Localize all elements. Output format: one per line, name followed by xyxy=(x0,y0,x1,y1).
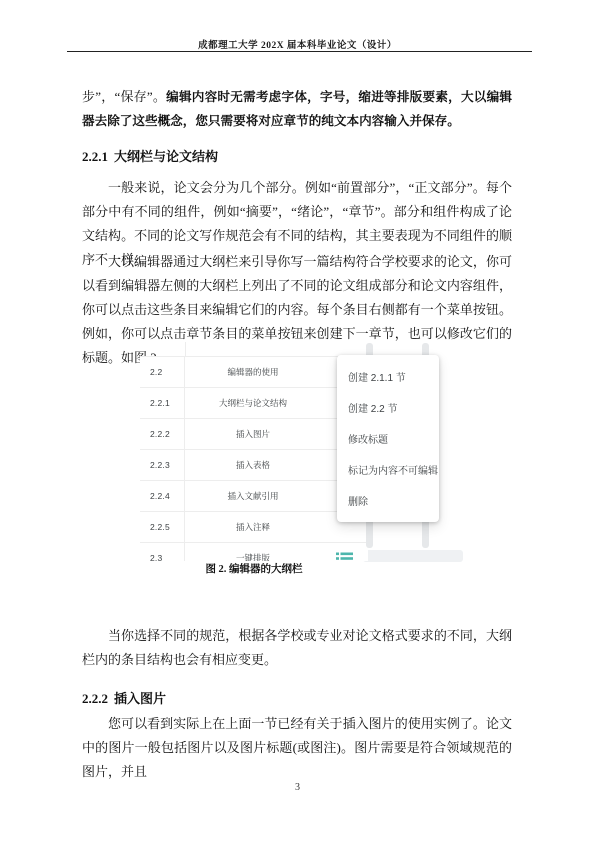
outline-row-title: 插入文献引用 xyxy=(185,490,321,502)
page-number: 3 xyxy=(0,782,595,793)
outline-row-number: 2.3 xyxy=(140,543,185,561)
menu-item-mark-noneditable: 标记为内容不可编辑 xyxy=(337,454,439,485)
outline-row-number: 2.2.1 xyxy=(140,388,185,418)
outline-row: 2.3 一键排版 xyxy=(140,543,368,561)
outline-row-title: 插入注释 xyxy=(185,521,321,533)
outline-row-title: 一键排版 xyxy=(185,552,321,561)
outline-row: 2.2.4 插入文献引用 xyxy=(140,481,368,512)
menu-item-rename-title: 修改标题 xyxy=(337,423,439,454)
outline-row-title: 大纲栏与论文结构 xyxy=(185,397,321,409)
outline-row: 2.2.1 大纲栏与论文结构 xyxy=(140,388,368,419)
outline-row-action xyxy=(321,552,368,562)
document-page: 成都理工大学 202X 届本科毕业论文（设计） 步”，“保存”。编辑内容时无需考… xyxy=(0,0,595,842)
outline-row-number: 2.2.5 xyxy=(140,512,185,542)
section-title: 插入图片 xyxy=(114,691,166,706)
outline-row-title: 插入表格 xyxy=(185,459,321,471)
outline-row-title: 插入图片 xyxy=(185,428,321,440)
paragraph-continued: 步”，“保存”。编辑内容时无需考虑字体，字号，缩进等排版要素，大以编辑器去除了这… xyxy=(82,85,512,133)
header-rule xyxy=(67,51,532,52)
outline-row-number: 2.2.4 xyxy=(140,481,185,511)
obscured-ui-band xyxy=(363,550,463,562)
paragraph-outline-guide: 大以编辑器通过大纲栏来引导你写一篇结构符合学校要求的论文，你可以看到编辑器左侧的… xyxy=(82,250,512,370)
section-number: 2.2.1 xyxy=(82,149,108,164)
section-heading-2-2-2: 2.2.2插入图片 xyxy=(82,688,512,707)
section-title: 大纲栏与论文结构 xyxy=(114,149,218,164)
paragraph-insert-image: 您可以看到实际上在上面一节已经有关于插入图片的使用实例了。论文中的图片一般包括图… xyxy=(82,712,512,784)
outline-row: 2.2.2 插入图片 xyxy=(140,419,368,450)
section-number: 2.2.2 xyxy=(82,691,108,706)
page-header: 成都理工大学 202X 届本科毕业论文（设计） xyxy=(0,37,595,51)
obscured-ui-bar-left xyxy=(366,343,373,548)
menu-item-create-2-2: 创建 2.2 节 xyxy=(337,392,439,423)
paragraph-continued-normal: 步”，“保存”。 xyxy=(82,89,166,104)
outline-row: 2.2.5 插入注释 xyxy=(140,512,368,543)
menu-item-delete: 删除 xyxy=(337,485,439,516)
paragraph-spec-change: 当你选择不同的规范，根据各学校或专业对论文格式要求的不同，大纲栏内的条目结构也会… xyxy=(82,624,512,672)
context-menu: 创建 2.1.1 节 创建 2.2 节 修改标题 标记为内容不可编辑 删除 xyxy=(337,355,439,522)
obscured-ui-bar-right xyxy=(422,343,429,548)
outline-row-number: 2.2.2 xyxy=(140,419,185,449)
outline-row-number: 2.2.3 xyxy=(140,450,185,480)
section-heading-2-2-1: 2.2.1大纲栏与论文结构 xyxy=(82,146,512,165)
figure-caption: 图 2. 编辑器的大纲栏 xyxy=(140,561,368,576)
outline-row: 2.2.3 插入表格 xyxy=(140,450,368,481)
outline-table: 2.2 编辑器的使用 2.2.1 大纲栏与论文结构 2.2.2 插入图片 2.2… xyxy=(140,356,368,561)
format-list-icon xyxy=(336,552,353,562)
